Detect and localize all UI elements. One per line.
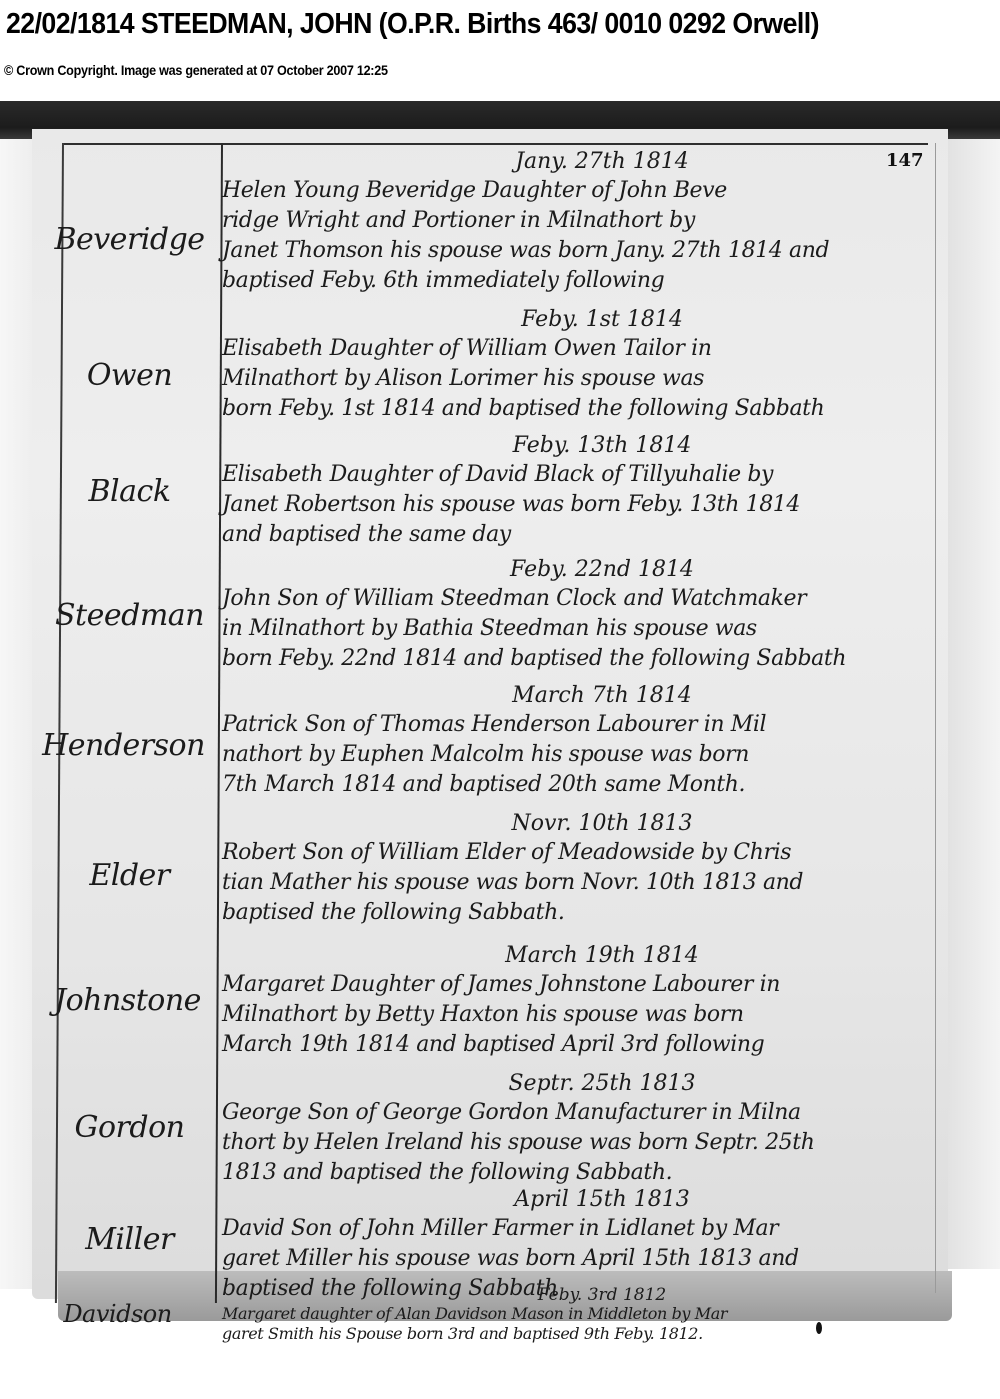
surname-johnstone: Johnstone: [40, 983, 215, 1018]
surname-steedman: Steedman: [42, 598, 217, 633]
register-entry: Feby. 13th 1814 Elisabeth Daughter of Da…: [222, 432, 942, 550]
scan-right-margin: [948, 139, 1000, 1269]
entry-date: Feby. 1st 1814: [222, 306, 942, 334]
register-entry: Jany. 27th 1814 Helen Young Beveridge Da…: [222, 148, 942, 296]
entry-text-line: thort by Helen Ireland his spouse was bo…: [222, 1128, 942, 1158]
entry-date: March 7th 1814: [222, 682, 942, 710]
entry-date: Septr. 25th 1813: [222, 1070, 942, 1098]
entry-text-line: born Feby. 1st 1814 and baptised the fol…: [222, 394, 942, 424]
record-title: 22/02/1814 STEEDMAN, JOHN (O.P.R. Births…: [6, 4, 917, 44]
entry-text-line: Milnathort by Alison Lorimer his spouse …: [222, 364, 942, 394]
register-entry: Feby. 1st 1814 Elisabeth Daughter of Wil…: [222, 306, 942, 424]
entry-date: April 15th 1813: [222, 1186, 942, 1214]
register-entry: Feby. 22nd 1814 John Son of William Stee…: [222, 556, 942, 674]
ink-blot: [816, 1322, 822, 1334]
surname-beveridge: Beveridge: [42, 222, 217, 257]
copyright-notice: © Crown Copyright. Image was generated a…: [4, 62, 388, 78]
entry-date: Feby. 13th 1814: [222, 432, 942, 460]
entry-text-line: born Feby. 22nd 1814 and baptised the fo…: [222, 644, 942, 674]
entry-text-line: Milnathort by Betty Haxton his spouse wa…: [222, 1000, 942, 1030]
entry-date: Jany. 27th 1814: [222, 148, 942, 176]
entry-text-line: baptised the following Sabbath.: [222, 898, 942, 928]
entry-date: Feby. 3rd 1812: [222, 1286, 942, 1304]
entry-text-line: in Milnathort by Bathia Steedman his spo…: [222, 614, 942, 644]
register-entry: Septr. 25th 1813 George Son of George Go…: [222, 1070, 942, 1188]
entry-text-line: garet Smith his Spouse born 3rd and bapt…: [222, 1324, 942, 1344]
surname-gordon: Gordon: [42, 1110, 217, 1145]
entry-text-line: 1813 and baptised the following Sabbath.: [222, 1158, 942, 1188]
register-entry: March 19th 1814 Margaret Daughter of Jam…: [222, 942, 942, 1060]
entry-text-line: March 19th 1814 and baptised April 3rd f…: [222, 1030, 942, 1060]
entry-date: March 19th 1814: [222, 942, 942, 970]
entry-date: Feby. 22nd 1814: [222, 556, 942, 584]
surname-henderson: Henderson: [36, 728, 211, 763]
surname-elder: Elder: [42, 858, 217, 893]
entry-text-line: nathort by Euphen Malcolm his spouse was…: [222, 740, 942, 770]
register-entry: Feby. 3rd 1812 Margaret daughter of Alan…: [222, 1286, 942, 1344]
register-entry: March 7th 1814 Patrick Son of Thomas Hen…: [222, 682, 942, 800]
entry-text-line: Janet Thomson his spouse was born Jany. …: [222, 236, 942, 266]
entry-text-line: Margaret daughter of Alan Davidson Mason…: [222, 1304, 942, 1324]
entry-text-line: Patrick Son of Thomas Henderson Labourer…: [222, 710, 942, 740]
entry-text-line: and baptised the same day: [222, 520, 942, 550]
entry-text-line: John Son of William Steedman Clock and W…: [222, 584, 942, 614]
entry-text-line: Margaret Daughter of James Johnstone Lab…: [222, 970, 942, 1000]
surname-davidson: Davidson: [30, 1300, 205, 1328]
entry-text-line: Elisabeth Daughter of David Black of Til…: [222, 460, 942, 490]
surname-miller: Miller: [42, 1222, 217, 1257]
entry-text-line: 7th March 1814 and baptised 20th same Mo…: [222, 770, 942, 800]
entry-text-line: Janet Robertson his spouse was born Feby…: [222, 490, 942, 520]
entry-text-line: Elisabeth Daughter of William Owen Tailo…: [222, 334, 942, 364]
entry-text-line: David Son of John Miller Farmer in Lidla…: [222, 1214, 942, 1244]
entry-text-line: garet Miller his spouse was born April 1…: [222, 1244, 942, 1274]
entry-text-line: Robert Son of William Elder of Meadowsid…: [222, 838, 942, 868]
entry-text-line: ridge Wright and Portioner in Milnathort…: [222, 206, 942, 236]
entry-text-line: tian Mather his spouse was born Novr. 10…: [222, 868, 942, 898]
entry-text-line: Helen Young Beveridge Daughter of John B…: [222, 176, 942, 206]
page-top-rule: [62, 143, 928, 145]
surname-owen: Owen: [42, 358, 217, 393]
entry-date: Novr. 10th 1813: [222, 810, 942, 838]
register-entry: Novr. 10th 1813 Robert Son of William El…: [222, 810, 942, 928]
surname-black: Black: [42, 474, 217, 509]
scan-left-margin: [0, 139, 32, 1289]
entry-text-line: George Son of George Gordon Manufacturer…: [222, 1098, 942, 1128]
entry-text-line: baptised Feby. 6th immediately following: [222, 266, 942, 296]
